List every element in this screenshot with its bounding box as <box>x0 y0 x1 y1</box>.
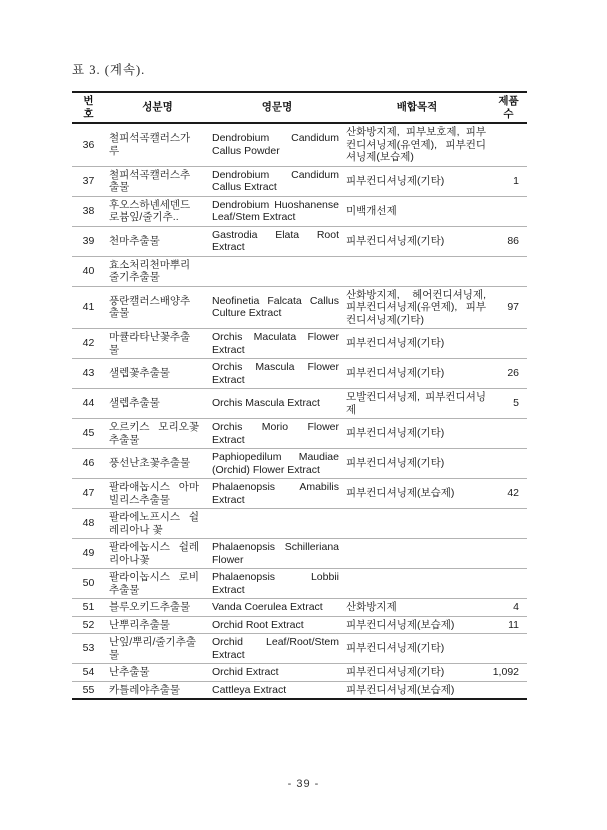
cell-english-name: Dendrobium Huoshanense Leaf/Stem Extract <box>210 196 344 226</box>
cell-purpose: 산화방지제, 헤어컨디셔닝제, 피부컨디셔닝제(유연제), 피부컨디셔닝제(기타… <box>344 286 490 329</box>
cell-purpose: 피부컨디셔닝제(보습제) <box>344 616 490 634</box>
cell-product-count: 11 <box>490 616 527 634</box>
cell-product-count <box>490 256 527 286</box>
table-row: 38 후오스하넨세덴드로븀잎/줄기추.. Dendrobium Huoshane… <box>72 196 527 226</box>
table-row: 50 팔라이놉시스 로비추출물 Phalaenopsis Lobbii Extr… <box>72 569 527 599</box>
cell-product-count <box>490 123 527 166</box>
cell-english-name <box>210 509 344 539</box>
cell-ingredient-name: 카틀레야추출물 <box>105 681 210 699</box>
cell-ingredient-name: 샐렙추출물 <box>105 389 210 419</box>
cell-product-count: 42 <box>490 479 527 509</box>
cell-product-count: 86 <box>490 226 527 256</box>
cell-no: 44 <box>72 389 105 419</box>
table-row: 41 풍란캘러스배양추출물 Neofinetia Falcata Callus … <box>72 286 527 329</box>
table-row: 51 블루오키드추출물 Vanda Coerulea Extract 산화방지제… <box>72 599 527 617</box>
cell-purpose <box>344 569 490 599</box>
cell-english-name: Paphiopedilum Maudiae (Orchid) Flower Ex… <box>210 449 344 479</box>
cell-ingredient-name: 마큘라타난꽃추출물 <box>105 329 210 359</box>
cell-no: 43 <box>72 359 105 389</box>
cell-ingredient-name: 블루오키드추출물 <box>105 599 210 617</box>
table-row: 45 오르키스 모리오꽃 추출물 Orchis Morio Flower Ext… <box>72 419 527 449</box>
cell-english-name: Cattleya Extract <box>210 681 344 699</box>
cell-ingredient-name: 난추출물 <box>105 664 210 682</box>
cell-purpose: 산화방지제, 피부보호제, 피부컨디셔닝제(유연제), 피부컨디셔닝제(보습제) <box>344 123 490 166</box>
cell-ingredient-name: 철피석곡캘러스추출물 <box>105 166 210 196</box>
cell-ingredient-name: 팔라애놉시스 아마빌리스추출물 <box>105 479 210 509</box>
cell-no: 38 <box>72 196 105 226</box>
cell-english-name: Phalaenopsis Lobbii Extract <box>210 569 344 599</box>
cell-purpose <box>344 539 490 569</box>
header-english: 영문명 <box>210 92 344 123</box>
table-row: 52 난뿌리추출물 Orchid Root Extract 피부컨디셔닝제(보습… <box>72 616 527 634</box>
cell-english-name: Orchid Root Extract <box>210 616 344 634</box>
cell-purpose: 피부컨디셔닝제(기타) <box>344 449 490 479</box>
cell-no: 55 <box>72 681 105 699</box>
cell-product-count: 97 <box>490 286 527 329</box>
cell-purpose <box>344 509 490 539</box>
cell-no: 49 <box>72 539 105 569</box>
cell-no: 46 <box>72 449 105 479</box>
header-purpose: 배합목적 <box>344 92 490 123</box>
cell-no: 41 <box>72 286 105 329</box>
cell-purpose: 피부컨디셔닝제(기타) <box>344 226 490 256</box>
cell-ingredient-name: 샐렙꽃추출물 <box>105 359 210 389</box>
cell-purpose: 피부컨디셔닝제(기타) <box>344 664 490 682</box>
header-count: 제품수 <box>490 92 527 123</box>
cell-no: 51 <box>72 599 105 617</box>
cell-english-name: Orchid Extract <box>210 664 344 682</box>
cell-product-count: 1 <box>490 166 527 196</box>
cell-english-name: Dendrobium Candidum Callus Powder <box>210 123 344 166</box>
table-row: 40 효소처리천마뿌리줄기추출물 <box>72 256 527 286</box>
table-row: 43 샐렙꽃추출물 Orchis Mascula Flower Extract … <box>72 359 527 389</box>
header-no: 번호 <box>72 92 105 123</box>
table-row: 42 마큘라타난꽃추출물 Orchis Maculata Flower Extr… <box>72 329 527 359</box>
cell-purpose: 모발컨디셔닝제, 피부컨디셔닝제 <box>344 389 490 419</box>
cell-purpose: 피부컨디셔닝제(기타) <box>344 329 490 359</box>
cell-product-count <box>490 569 527 599</box>
cell-purpose: 산화방지제 <box>344 599 490 617</box>
cell-purpose: 피부컨디셔닝제(기타) <box>344 359 490 389</box>
cell-no: 37 <box>72 166 105 196</box>
table-row: 48 팔라에노프시스 쉴레리아나 꽃 <box>72 509 527 539</box>
header-english-label: 영문명 <box>262 101 292 113</box>
table-body: 36 철피석곡캘러스가루 Dendrobium Candidum Callus … <box>72 123 527 699</box>
cell-english-name: Orchid Leaf/Root/Stem Extract <box>210 634 344 664</box>
document-page: 표 3. (계속). 번호 성분명 영문명 배합목적 제품수 36 철피석곡캘러… <box>0 0 607 830</box>
cell-english-name: Phalaenopsis Amabilis Extract <box>210 479 344 509</box>
cell-ingredient-name: 철피석곡캘러스가루 <box>105 123 210 166</box>
table-row: 39 천마추출물 Gastrodia Elata Root Extract 피부… <box>72 226 527 256</box>
header-row: 번호 성분명 영문명 배합목적 제품수 <box>72 92 527 123</box>
cell-no: 42 <box>72 329 105 359</box>
cell-english-name: Neofinetia Falcata Callus Culture Extrac… <box>210 286 344 329</box>
ingredients-table: 번호 성분명 영문명 배합목적 제품수 36 철피석곡캘러스가루 Dendrob… <box>72 91 527 700</box>
cell-purpose: 피부컨디셔닝제(기타) <box>344 419 490 449</box>
cell-no: 40 <box>72 256 105 286</box>
cell-product-count <box>490 449 527 479</box>
table-row: 49 팔라에놉시스 쉴레리아나꽃 Phalaenopsis Schilleria… <box>72 539 527 569</box>
cell-product-count <box>490 509 527 539</box>
table-header: 번호 성분명 영문명 배합목적 제품수 <box>72 92 527 123</box>
table-row: 47 팔라애놉시스 아마빌리스추출물 Phalaenopsis Amabilis… <box>72 479 527 509</box>
cell-ingredient-name: 팔라에놉시스 쉴레리아나꽃 <box>105 539 210 569</box>
cell-purpose: 피부컨디셔닝제(기타) <box>344 166 490 196</box>
table-row: 55 카틀레야추출물 Cattleya Extract 피부컨디셔닝제(보습제) <box>72 681 527 699</box>
cell-no: 50 <box>72 569 105 599</box>
cell-no: 53 <box>72 634 105 664</box>
cell-no: 45 <box>72 419 105 449</box>
cell-product-count: 26 <box>490 359 527 389</box>
cell-no: 48 <box>72 509 105 539</box>
cell-purpose: 미백개선제 <box>344 196 490 226</box>
cell-ingredient-name: 풍선난초꽃추출물 <box>105 449 210 479</box>
cell-english-name: Vanda Coerulea Extract <box>210 599 344 617</box>
cell-no: 52 <box>72 616 105 634</box>
cell-no: 36 <box>72 123 105 166</box>
table-row: 53 난잎/뿌리/줄기추출물 Orchid Leaf/Root/Stem Ext… <box>72 634 527 664</box>
cell-no: 54 <box>72 664 105 682</box>
cell-purpose: 피부컨디셔닝제(보습제) <box>344 479 490 509</box>
table-row: 46 풍선난초꽃추출물 Paphiopedilum Maudiae (Orchi… <box>72 449 527 479</box>
cell-english-name: Orchis Morio Flower Extract <box>210 419 344 449</box>
cell-product-count <box>490 681 527 699</box>
cell-english-name: Phalaenopsis Schilleriana Flower <box>210 539 344 569</box>
cell-english-name: Orchis Maculata Flower Extract <box>210 329 344 359</box>
header-name: 성분명 <box>105 92 210 123</box>
cell-ingredient-name: 효소처리천마뿌리줄기추출물 <box>105 256 210 286</box>
cell-ingredient-name: 팔라이놉시스 로비추출물 <box>105 569 210 599</box>
cell-purpose: 피부컨디셔닝제(기타) <box>344 634 490 664</box>
cell-product-count: 1,092 <box>490 664 527 682</box>
cell-ingredient-name: 후오스하넨세덴드로븀잎/줄기추.. <box>105 196 210 226</box>
header-no-label: 번호 <box>83 95 95 120</box>
header-name-label: 성분명 <box>142 101 172 113</box>
table-row: 44 샐렙추출물 Orchis Mascula Extract 모발컨디셔닝제,… <box>72 389 527 419</box>
cell-product-count: 4 <box>490 599 527 617</box>
cell-ingredient-name: 팔라에노프시스 쉴레리아나 꽃 <box>105 509 210 539</box>
table-title: 표 3. (계속). <box>72 60 145 78</box>
cell-purpose: 피부컨디셔닝제(보습제) <box>344 681 490 699</box>
cell-ingredient-name: 난뿌리추출물 <box>105 616 210 634</box>
cell-product-count <box>490 419 527 449</box>
cell-ingredient-name: 난잎/뿌리/줄기추출물 <box>105 634 210 664</box>
cell-english-name <box>210 256 344 286</box>
cell-purpose <box>344 256 490 286</box>
cell-english-name: Dendrobium Candidum Callus Extract <box>210 166 344 196</box>
cell-product-count <box>490 196 527 226</box>
cell-product-count <box>490 634 527 664</box>
cell-english-name: Gastrodia Elata Root Extract <box>210 226 344 256</box>
cell-product-count: 5 <box>490 389 527 419</box>
cell-english-name: Orchis Mascula Extract <box>210 389 344 419</box>
cell-product-count <box>490 539 527 569</box>
cell-no: 47 <box>72 479 105 509</box>
cell-ingredient-name: 천마추출물 <box>105 226 210 256</box>
header-count-label: 제품수 <box>497 95 520 120</box>
cell-product-count <box>490 329 527 359</box>
cell-ingredient-name: 풍란캘러스배양추출물 <box>105 286 210 329</box>
table-row: 37 철피석곡캘러스추출물 Dendrobium Candidum Callus… <box>72 166 527 196</box>
table-row: 54 난추출물 Orchid Extract 피부컨디셔닝제(기타) 1,092 <box>72 664 527 682</box>
table-row: 36 철피석곡캘러스가루 Dendrobium Candidum Callus … <box>72 123 527 166</box>
cell-ingredient-name: 오르키스 모리오꽃 추출물 <box>105 419 210 449</box>
page-number: - 39 - <box>0 778 607 790</box>
cell-no: 39 <box>72 226 105 256</box>
header-purpose-label: 배합목적 <box>397 101 438 113</box>
cell-english-name: Orchis Mascula Flower Extract <box>210 359 344 389</box>
